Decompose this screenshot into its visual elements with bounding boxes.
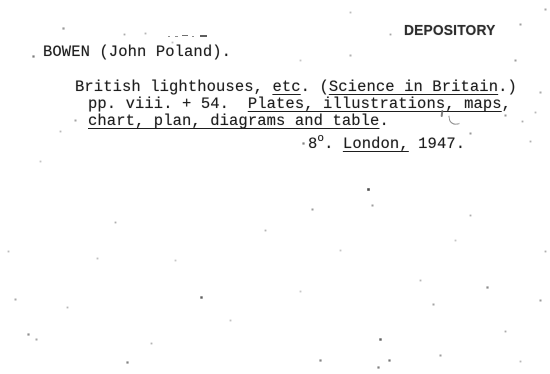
place-name-underlined: London, <box>343 135 409 153</box>
imprint-punct: . <box>324 135 343 153</box>
notes-continuation-line: chart, plan, diagrams and table. <box>88 113 389 130</box>
typed-dash-marks <box>168 36 169 37</box>
catalog-card-scan: DEPOSITORY BOWEN (John Poland). British … <box>0 0 550 374</box>
pagination-text: pp. viii. + 54. <box>88 95 248 113</box>
author-heading: BOWEN (John Poland). <box>43 44 231 61</box>
depository-stamp: DEPOSITORY <box>404 23 495 39</box>
pencil-curve-mark <box>448 114 459 125</box>
series-title-underlined: Science in Britain <box>329 78 498 96</box>
title-line: British lighthouses, etc. (Science in Br… <box>75 79 517 96</box>
title-close-punct: .) <box>498 78 517 96</box>
collation-line: pp. viii. + 54. Plates, illustrations, m… <box>88 96 511 113</box>
pencil-tick-mark <box>441 110 444 117</box>
scan-noise-speckles <box>0 0 1 1</box>
title-etc-underlined: etc <box>272 78 300 96</box>
notes-underlined: chart, plan, diagrams and table <box>88 112 379 130</box>
title-punct: . ( <box>301 78 329 96</box>
publication-year: 1947. <box>409 135 465 153</box>
degree-mark: o <box>317 131 324 148</box>
notes-punct: . <box>379 112 388 130</box>
imprint-line: 8o. London, 1947. <box>308 136 465 155</box>
format-number: 8 <box>308 135 317 153</box>
collation-punct: , <box>502 95 511 113</box>
title-text: British lighthouses, <box>75 78 272 96</box>
plates-note-underlined: Plates, illustrations, maps <box>248 95 502 113</box>
